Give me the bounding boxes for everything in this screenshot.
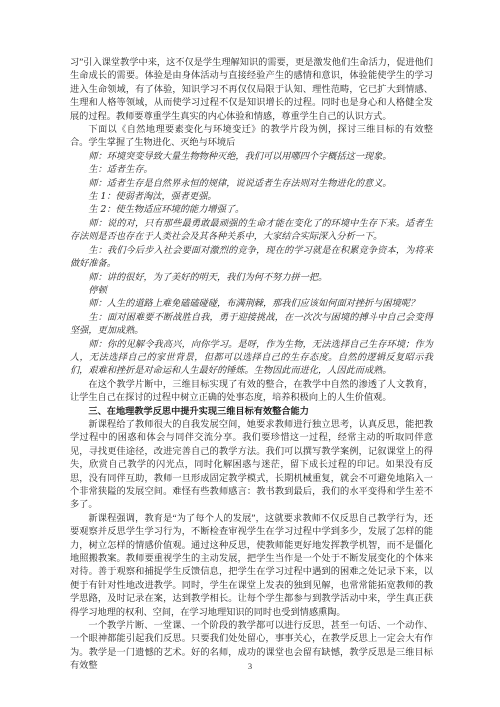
paragraph: 师：说的对，只有那些最勇敢最顽强的生命才能在变化了的环境中生存下来。适者生存法则… (70, 217, 433, 244)
paragraph: 停顿 (70, 284, 433, 297)
paragraph: 生 1：使弱者淘汰，强者更强。 (70, 190, 433, 203)
paragraph: 生：我们今后步入社会要面对激烈的竞争，现在的学习就是在积累竞争资本，为将来做好准… (70, 244, 433, 271)
document-body: 习”引入课堂教学中来，这不仅是学生理解知识的需要，更是激发他们生命活力，促进他们… (70, 56, 433, 673)
paragraph: 新课程强调，教育是“为了每个人的发展”，这就要求教师不仅反思自己教学行为，还要观… (70, 512, 433, 619)
page-footer: 3 (0, 661, 500, 671)
paragraph: 师：环境突变导致大量生物物种灭绝，我们可以用哪四个字概括这一现象。 (70, 150, 433, 163)
paragraph: 师：你的见解令我高兴，向你学习。是呀，作为生物，无法选择自己生存环境；作为人，无… (70, 338, 433, 378)
paragraph: 师：人生的道路上难免磕磕碰碰，布满荆棘，那我们应该如何面对挫折与困境呢？ (70, 297, 433, 310)
paragraph: 在这个教学片断中，三维目标实现了有效的整合，在教学中自然的渗透了人文教育，让学生… (70, 378, 433, 405)
paragraph: 师：适者生存是自然界永恒的规律，说说适者生存法则对生物进化的意义。 (70, 177, 433, 190)
paragraph: 下面以《自然地理要素变化与环境变迁》的教学片段为例，探讨三维目标的有效整合。学生… (70, 123, 433, 150)
page-number: 3 (248, 661, 252, 671)
paragraph: 师：讲的很好，为了美好的明天，我们为何不努力拼一把。 (70, 271, 433, 284)
paragraph: 生：面对困难要不断战胜自我，勇于迎接挑战，在一次次与困境的搏斗中自己会变得坚强，… (70, 311, 433, 338)
document-page: 习”引入课堂教学中来，这不仅是学生理解知识的需要，更是激发他们生命活力，促进他们… (0, 0, 500, 707)
paragraph: 新课程给了教师很大的自我发展空间，她要求教师进行独立思考，认真反思，能把教学过程… (70, 418, 433, 512)
paragraph: 习”引入课堂教学中来，这不仅是学生理解知识的需要，更是激发他们生命活力，促进他们… (70, 56, 433, 123)
paragraph: 生：适者生存。 (70, 163, 433, 176)
paragraph: 生 2：使生物适应环境的能力增强了。 (70, 203, 433, 216)
paragraph: 三、在地理教学反思中提升实现三维目标有效整合能力 (70, 405, 433, 418)
